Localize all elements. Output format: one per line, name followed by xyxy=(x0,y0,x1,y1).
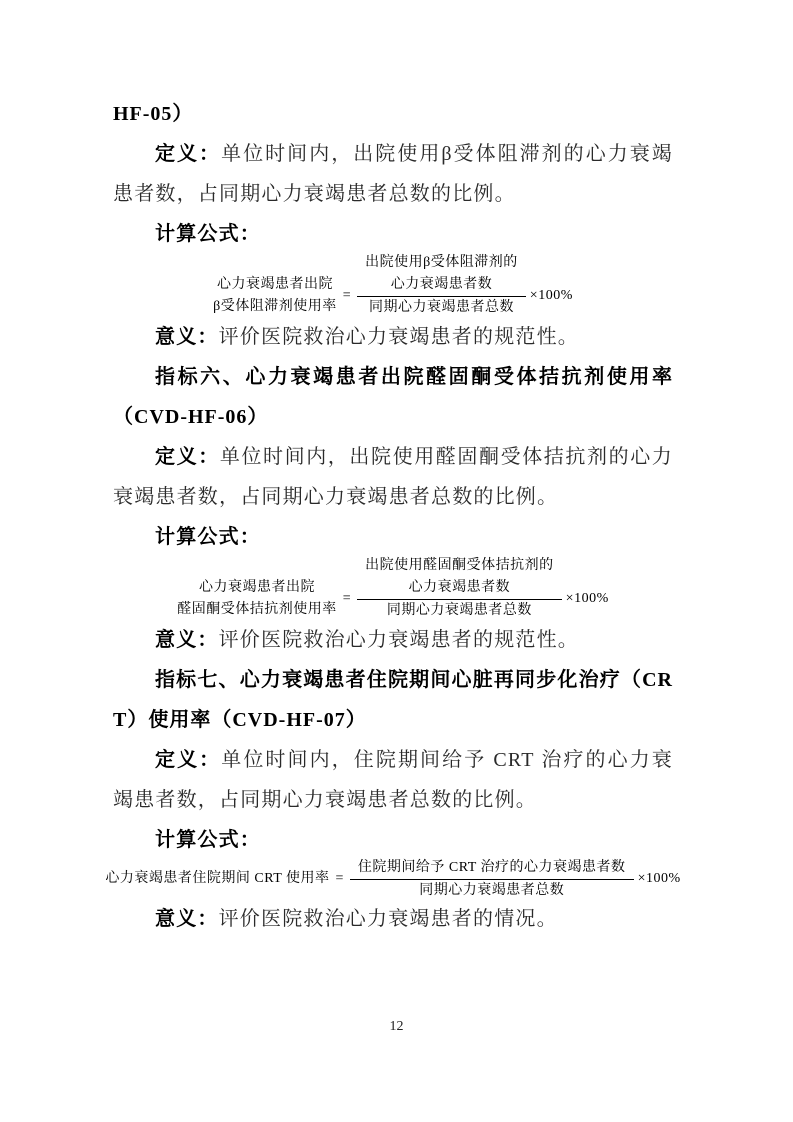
page-number: 12 xyxy=(0,1019,793,1035)
indicator-5-meaning-paragraph: 意义：评价医院救治心力衰竭患者的规范性。 xyxy=(113,317,673,357)
fraction: 住院期间给予 CRT 治疗的心力衰竭患者数 同期心力衰竭患者总数 xyxy=(350,857,634,902)
formula-lhs-line1: 心力衰竭患者出院 xyxy=(177,577,337,599)
meaning-label: 意义： xyxy=(155,908,219,930)
fraction-denominator: 同期心力衰竭患者总数 xyxy=(357,599,562,622)
document-page: HF-05） 定义：单位时间内，出院使用β受体阻滞剂的心力衰竭患者数，占同期心力… xyxy=(0,0,793,1122)
indicator-7-formula-heading: 计算公式： xyxy=(113,820,673,860)
fraction-numerator: 出院使用醛固酮受体拮抗剂的 心力衰竭患者数 xyxy=(357,555,562,599)
fraction-numerator: 住院期间给予 CRT 治疗的心力衰竭患者数 xyxy=(350,857,634,879)
equals-sign: = xyxy=(330,868,350,890)
indicator-7-meaning-paragraph: 意义：评价医院救治心力衰竭患者的情况。 xyxy=(113,899,673,939)
fraction-numerator-line2: 心力衰竭患者数 xyxy=(365,274,518,296)
formula-lhs: 心力衰竭患者住院期间 CRT 使用率 xyxy=(105,868,329,890)
definition-label: 定义： xyxy=(155,749,221,771)
indicator-6-definition-paragraph: 定义：单位时间内，出院使用醛固酮受体拮抗剂的心力衰竭患者数，占同期心力衰竭患者总… xyxy=(113,437,673,517)
fraction-numerator: 出院使用β受体阻滞剂的 心力衰竭患者数 xyxy=(357,252,526,296)
indicator-7-definition-paragraph: 定义：单位时间内，住院期间给予 CRT 治疗的心力衰竭患者数，占同期心力衰竭患者… xyxy=(113,740,673,820)
multiplier: ×100% xyxy=(562,588,609,610)
meaning-label: 意义： xyxy=(155,326,219,348)
fraction-denominator: 同期心力衰竭患者总数 xyxy=(357,296,526,319)
indicator-6-heading: 指标六、心力衰竭患者出院醛固酮受体拮抗剂使用率（CVD-HF-06） xyxy=(113,357,673,437)
definition-label: 定义： xyxy=(155,446,220,468)
fraction-numerator-line1: 出院使用醛固酮受体拮抗剂的 xyxy=(365,555,554,577)
indicator-5-heading-continuation: HF-05） xyxy=(113,94,673,134)
formula-lhs-line2: 醛固酮受体拮抗剂使用率 xyxy=(177,599,337,621)
indicator-6-formula: 心力衰竭患者出院 醛固酮受体拮抗剂使用率 = 出院使用醛固酮受体拮抗剂的 心力衰… xyxy=(113,555,673,622)
indicator-7-formula: 心力衰竭患者住院期间 CRT 使用率 = 住院期间给予 CRT 治疗的心力衰竭患… xyxy=(113,857,673,902)
indicator-5-meaning-text: 评价医院救治心力衰竭患者的规范性。 xyxy=(219,326,579,348)
formula-lhs-line2: β受体阻滞剂使用率 xyxy=(213,296,337,318)
indicator-6-formula-heading: 计算公式： xyxy=(113,517,673,557)
formula-lhs-line1: 心力衰竭患者出院 xyxy=(213,274,337,296)
meaning-label: 意义： xyxy=(155,629,219,651)
indicator-6-meaning-text: 评价医院救治心力衰竭患者的规范性。 xyxy=(219,629,579,651)
fraction-numerator-line2: 心力衰竭患者数 xyxy=(365,577,554,599)
indicator-5-formula-heading: 计算公式： xyxy=(113,214,673,254)
definition-label: 定义： xyxy=(155,143,221,165)
fraction: 出院使用醛固酮受体拮抗剂的 心力衰竭患者数 同期心力衰竭患者总数 xyxy=(357,555,562,622)
document-body: HF-05） 定义：单位时间内，出院使用β受体阻滞剂的心力衰竭患者数，占同期心力… xyxy=(113,94,673,939)
indicator-5-definition-paragraph: 定义：单位时间内，出院使用β受体阻滞剂的心力衰竭患者数，占同期心力衰竭患者总数的… xyxy=(113,134,673,214)
indicator-6-meaning-paragraph: 意义：评价医院救治心力衰竭患者的规范性。 xyxy=(113,620,673,660)
fraction: 出院使用β受体阻滞剂的 心力衰竭患者数 同期心力衰竭患者总数 xyxy=(357,252,526,319)
multiplier: ×100% xyxy=(526,285,573,307)
formula-lhs: 心力衰竭患者出院 β受体阻滞剂使用率 xyxy=(213,274,337,318)
indicator-7-heading: 指标七、心力衰竭患者住院期间心脏再同步化治疗（CRT）使用率（CVD-HF-07… xyxy=(113,660,673,740)
indicator-5-formula: 心力衰竭患者出院 β受体阻滞剂使用率 = 出院使用β受体阻滞剂的 心力衰竭患者数… xyxy=(113,252,673,319)
formula-lhs: 心力衰竭患者出院 醛固酮受体拮抗剂使用率 xyxy=(177,577,337,621)
equals-sign: = xyxy=(337,285,357,307)
equals-sign: = xyxy=(337,588,357,610)
indicator-7-meaning-text: 评价医院救治心力衰竭患者的情况。 xyxy=(219,908,558,930)
fraction-numerator-line1: 出院使用β受体阻滞剂的 xyxy=(365,252,518,274)
multiplier: ×100% xyxy=(634,868,681,890)
